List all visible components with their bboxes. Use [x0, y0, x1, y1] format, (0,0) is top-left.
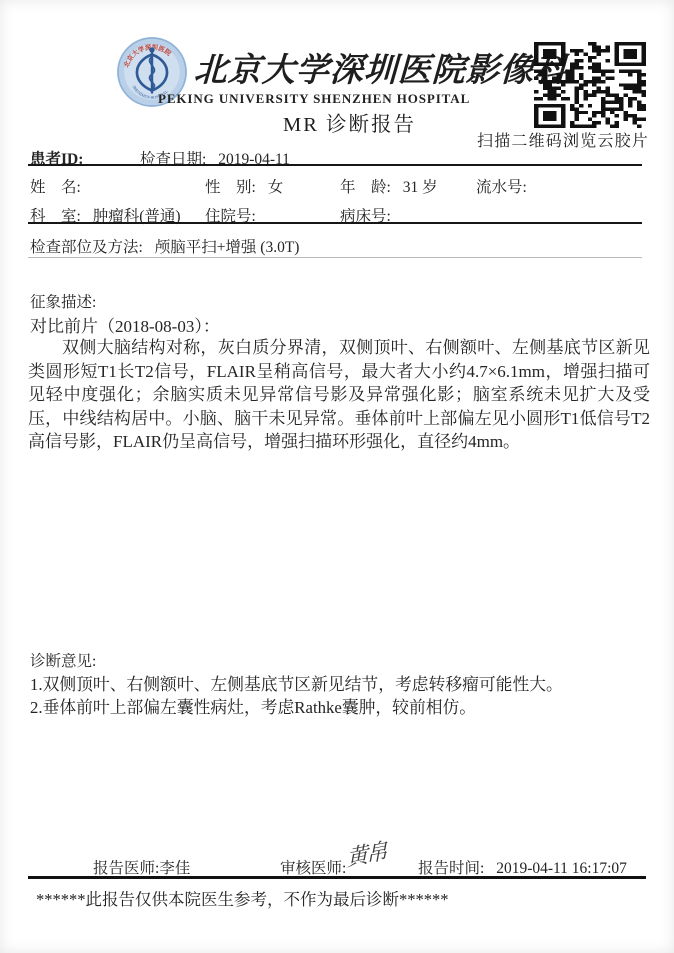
divider-mid — [28, 222, 642, 224]
hospital-name-cn: 北京大学深圳医院影像科 — [193, 44, 569, 91]
diagnosis-item-1: 1.双侧顶叶、右侧额叶、左侧基底节区新见结节，考虑转移瘤可能性大。 — [30, 671, 563, 695]
disclaimer-text: ******此报告仅供本院医生参考，不作为最后诊断****** — [36, 886, 449, 910]
divider-footer — [28, 876, 646, 879]
exam-method-value: 颅脑平扫+增强 (3.0T) — [155, 239, 300, 256]
hospital-name-en: PEKING UNIVERSITY SHENZHEN HOSPITAL — [158, 91, 470, 107]
review-doctor-field: 审核医师: — [280, 856, 346, 878]
report-page: 北京大学深圳医院 SHENZHEN HOSPITAL 北京大学深圳医院影像科 P… — [0, 0, 674, 953]
findings-comparison: 对比前片（2018-08-03）： — [30, 312, 220, 337]
qr-caption: 扫描二维码浏览云胶片 — [477, 128, 649, 151]
divider-top — [28, 164, 642, 166]
diagnosis-item-2: 2.垂体前叶上部偏左囊性病灶，考虑Rathke囊肿，较前相仿。 — [30, 694, 476, 718]
serial-field: 流水号: — [476, 175, 535, 197]
report-doctor-label: 报告医师: — [93, 860, 159, 877]
age-label: 年 龄: — [340, 179, 391, 196]
report-doctor-field: 报告医师:李佳 — [93, 856, 190, 878]
age-field: 年 龄: 31 岁 — [340, 175, 438, 197]
reviewer-signature: 黄帛 — [346, 834, 387, 873]
findings-body: 双侧大脑结构对称，灰白质分界清，双侧顶叶、右侧额叶、左侧基底节区新见类圆形短T1… — [28, 336, 650, 454]
gender-label: 性 别: — [205, 179, 256, 196]
gender-field: 性 别: 女 — [205, 175, 283, 197]
report-time-value: 2019-04-11 16:17:07 — [496, 860, 627, 877]
qr-code — [534, 42, 646, 128]
report-time-label: 报告时间: — [418, 860, 484, 877]
findings-section-label: 征象描述: — [30, 290, 96, 312]
report-time-field: 报告时间: 2019-04-11 16:17:07 — [418, 856, 627, 878]
serial-label: 流水号: — [476, 179, 527, 196]
diagnosis-section-label: 诊断意见: — [30, 649, 96, 671]
report-title: MR 诊断报告 — [283, 107, 416, 137]
name-field: 姓 名: — [30, 175, 89, 197]
divider-faint — [28, 257, 642, 258]
exam-method-field: 检查部位及方法: 颅脑平扫+增强 (3.0T) — [30, 235, 299, 257]
report-doctor-value: 李佳 — [159, 860, 190, 877]
exam-method-label: 检查部位及方法: — [30, 239, 143, 256]
age-value: 31 岁 — [403, 179, 438, 196]
review-doctor-label: 审核医师: — [280, 860, 346, 877]
gender-value: 女 — [268, 179, 284, 196]
name-label: 姓 名: — [30, 179, 81, 196]
